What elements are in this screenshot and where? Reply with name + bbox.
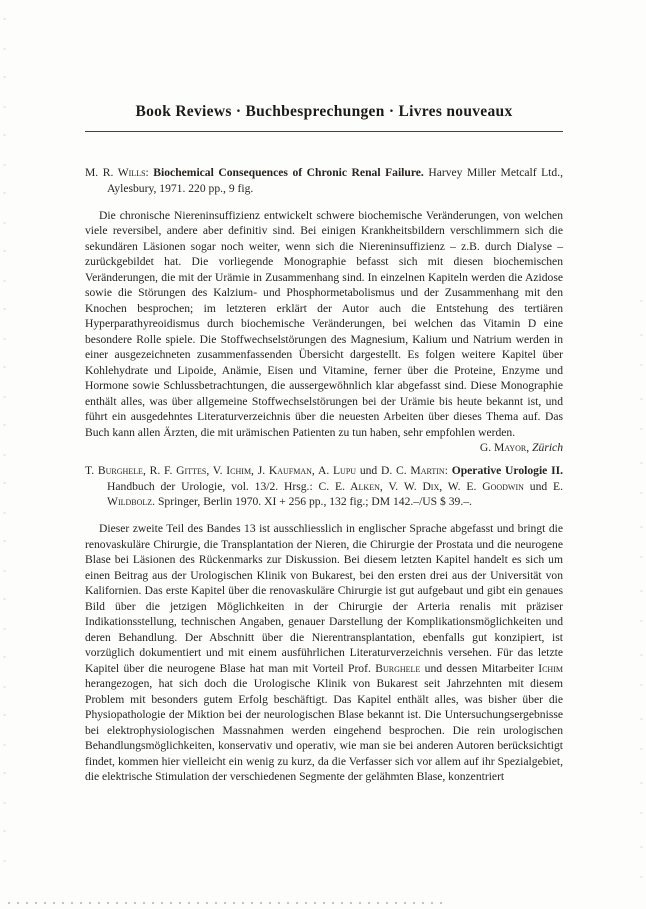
- header-rule: [85, 131, 563, 132]
- citation-book-title: Operative Urologie II.: [452, 464, 563, 477]
- review-body-paragraph: Dieser zweite Teil des Bandes 13 ist aus…: [85, 521, 563, 785]
- scanned-journal-page: Book Reviews · Buchbesprechungen · Livre…: [0, 0, 646, 909]
- review-body-text: und dessen Mitarbeiter: [420, 662, 538, 675]
- citation-authors: T. Burghele, R. F. Gittes, V. Ichim, J. …: [85, 464, 356, 477]
- review-item-2: T. Burghele, R. F. Gittes, V. Ichim, J. …: [85, 463, 563, 785]
- citation-author-last: D. C. Martin: [381, 464, 445, 477]
- scan-noise-bottom: [8, 902, 448, 904]
- review-item-1: M. R. Wills: Biochemical Consequences of…: [85, 165, 563, 440]
- citation-1: M. R. Wills: Biochemical Consequences of…: [85, 165, 563, 196]
- scan-noise-left: [3, 18, 6, 888]
- citation-book-title: Biochemical Consequences of Chronic Rena…: [153, 166, 424, 179]
- review-body-text: herangezogen, hat sich doch die Urologis…: [85, 677, 563, 783]
- review-body-paragraph: Die chronische Niereninsuffizienz entwic…: [85, 208, 563, 441]
- citation-conjunction: und: [356, 464, 381, 477]
- person-name-smallcaps: Burghele: [375, 662, 420, 675]
- citation-series-info: Handbuch der Urologie, vol. 13/2. Hrsg.:: [107, 480, 319, 493]
- citation-conjunction: und: [524, 480, 553, 493]
- citation-publisher-info: . Springer, Berlin 1970. XI + 256 pp., 1…: [152, 495, 472, 508]
- citation-editors: C. E. Alken, V. W. Dix, W. E. Goodwin: [319, 480, 524, 493]
- scan-noise-right: [640, 300, 643, 900]
- page-title: Book Reviews · Buchbesprechungen · Livre…: [85, 103, 563, 121]
- citation-separator: :: [445, 464, 452, 477]
- review-body-text: Die chronische Niereninsuffizienz entwic…: [85, 209, 563, 439]
- citation-authors: M. R. Wills: [85, 166, 146, 179]
- citation-2: T. Burghele, R. F. Gittes, V. Ichim, J. …: [85, 463, 563, 510]
- person-name-smallcaps: Ichim: [538, 662, 563, 675]
- reviewer-signature: G. Mayor, Zürich: [480, 440, 563, 456]
- page-content: Book Reviews · Buchbesprechungen · Livre…: [85, 103, 563, 785]
- reviewer-place: Zürich: [532, 441, 563, 454]
- review-body-text: Dieser zweite Teil des Bandes 13 ist aus…: [85, 522, 563, 675]
- reviewer-name: G. Mayor: [480, 441, 526, 454]
